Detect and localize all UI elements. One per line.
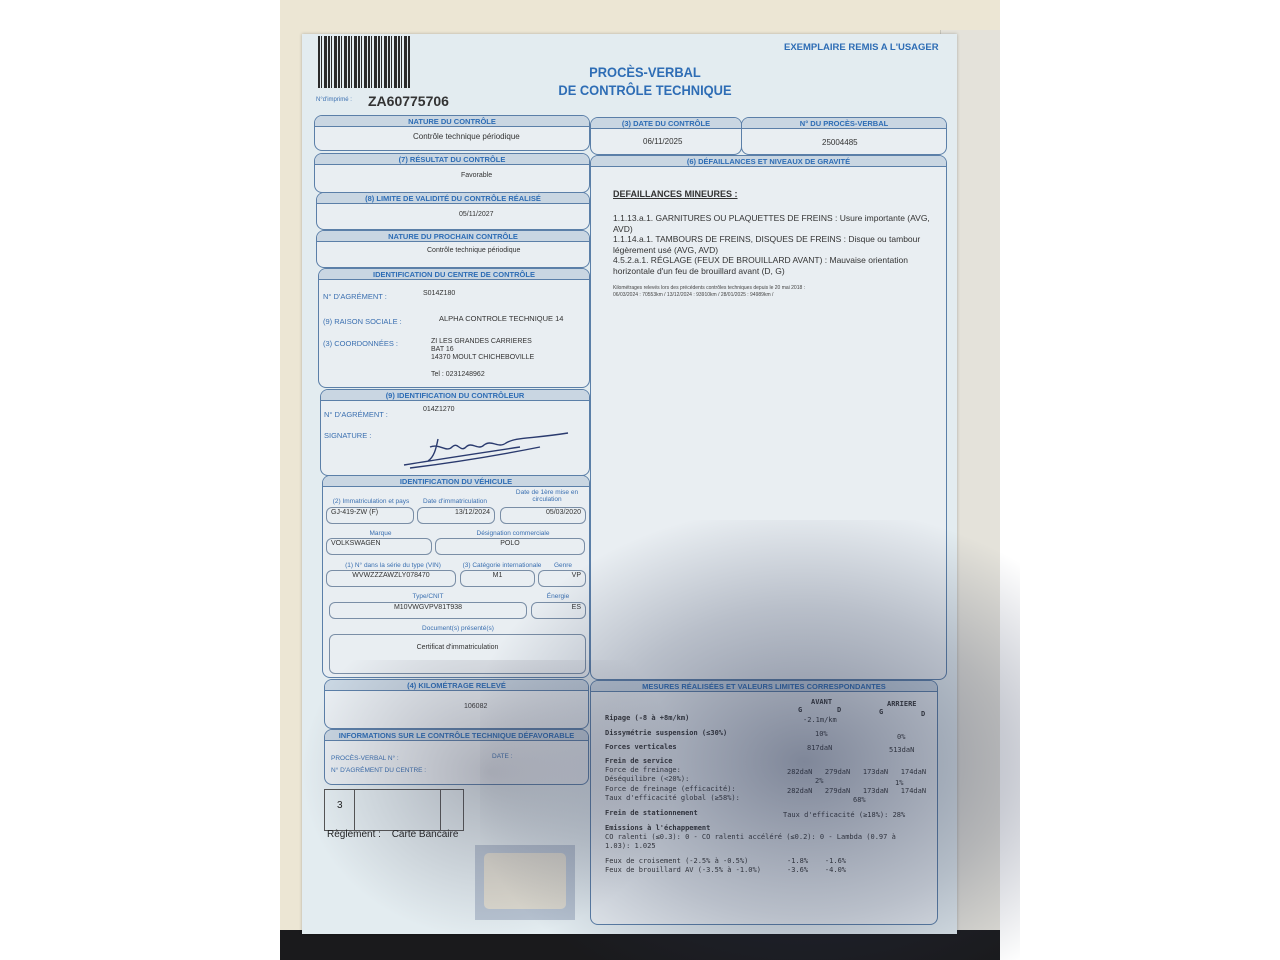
forces-label: Forces verticales	[605, 743, 677, 751]
controleur-agrement-label: N° D'AGRÉMENT :	[324, 410, 388, 419]
centre-tel: Tel : 0231248962	[431, 371, 485, 378]
immat-field: GJ-419-ZW (F)	[326, 507, 414, 524]
coordonnees-label: (3) COORDONNÉES :	[323, 339, 398, 348]
date-immat-field: 13/12/2024	[417, 507, 495, 524]
resultat-header: (7) RÉSULTAT DU CONTRÔLE	[315, 154, 589, 165]
frein-service-label: Frein de service	[605, 757, 672, 765]
centre-agrement-value: S014Z180	[423, 290, 455, 297]
dark-surface	[280, 930, 1000, 960]
centre-box: IDENTIFICATION DU CENTRE DE CONTRÔLE N° …	[318, 268, 590, 388]
brouillard-values: -3.6% -4.0%	[787, 866, 846, 874]
reglement: Règlement : Carte Bancaire	[327, 829, 458, 840]
defaillance-item: 1.1.14.a.1. TAMBOURS DE FREINS, DISQUES …	[613, 234, 943, 255]
defaillance-item: 1.1.13.a.1. GARNITURES OU PLAQUETTES DE …	[613, 213, 943, 234]
forces-avant: 817daN	[807, 744, 832, 752]
croisement-values: -1.8% -1.6%	[787, 857, 846, 865]
numero-pv-value: 25004485	[822, 138, 858, 147]
kilometrage-box: (4) KILOMÉTRAGE RELEVÉ 106082	[324, 679, 589, 729]
mesures-header: MESURES RÉALISÉES ET VALEURS LIMITES COR…	[591, 681, 937, 692]
taux-global-value: 68%	[853, 796, 866, 804]
designation-field: POLO	[435, 538, 585, 555]
premiere-mise-label: Date de 1ère mise en circulation	[507, 489, 587, 503]
raison-sociale-label: (9) RAISON SOCIALE :	[323, 317, 402, 326]
resultat-box: (7) RÉSULTAT DU CONTRÔLE Favorable	[314, 153, 590, 193]
validite-box: (8) LIMITE DE VALIDITÉ DU CONTRÔLE RÉALI…	[316, 192, 590, 230]
marque-label: Marque	[353, 530, 408, 537]
force-freinage-values: 282daN 279daN 173daN 174daN	[787, 768, 926, 776]
dissymetrie-avant: 10%	[815, 730, 828, 738]
desequilibre-avant: 2%	[815, 777, 823, 785]
premiere-mise-field: 05/03/2020	[500, 507, 586, 524]
kilometrage-history: Kilométrages relevés lors des précédents…	[613, 285, 943, 299]
arriere-header: ARRIERE	[887, 700, 917, 708]
kilometrage-value: 106082	[464, 703, 487, 710]
reglement-value: Carte Bancaire	[392, 829, 459, 840]
vehicule-header: IDENTIFICATION DU VÉHICULE	[323, 476, 589, 487]
km-history-line-2: 06/03/2024 : 70553km / 13/12/2024 : 9391…	[613, 292, 943, 299]
centre-agrement-label: N° D'AGRÉMENT :	[323, 292, 387, 301]
centre-header: IDENTIFICATION DU CENTRE DE CONTRÔLE	[319, 269, 589, 280]
designation-label: Désignation commerciale	[463, 530, 563, 537]
dissymetrie-arriere: 0%	[897, 733, 905, 741]
dissymetrie-label: Dissymétrie suspension (≤30%)	[605, 729, 727, 737]
defavorable-box: INFORMATIONS SUR LE CONTRÔLE TECHNIQUE D…	[324, 729, 589, 785]
date-controle-box: (3) DATE DU CONTRÔLE 06/11/2025	[590, 117, 742, 155]
avant-g: G	[798, 706, 802, 714]
genre-label: Genre	[543, 562, 583, 569]
defaillances-list: 1.1.13.a.1. GARNITURES OU PLAQUETTES DE …	[613, 213, 943, 276]
force-freinage-label: Force de freinage:	[605, 766, 681, 774]
defavorable-header: INFORMATIONS SUR LE CONTRÔLE TECHNIQUE D…	[325, 730, 588, 741]
validite-value: 05/11/2027	[459, 211, 494, 218]
defavorable-agrement-label: N° D'AGRÉMENT DU CENTRE :	[331, 767, 426, 774]
force-efficacite-values: 282daN 279daN 173daN 174daN	[787, 787, 926, 795]
date-controle-value: 06/11/2025	[643, 137, 682, 146]
vin-label: (1) N° dans la série du type (VIN)	[329, 562, 457, 569]
energie-field: ES	[531, 602, 586, 619]
payment-table: 3	[324, 789, 464, 831]
desequilibre-label: Déséquilibre (<20%):	[605, 775, 689, 783]
prochain-header: NATURE DU PROCHAIN CONTRÔLE	[317, 231, 589, 242]
imprime-number: ZA60775706	[368, 93, 449, 109]
arriere-g: G	[879, 708, 883, 716]
immat-label: (2) Immatriculation et pays	[325, 498, 417, 505]
nature-controle-header: NATURE DU CONTRÔLE	[315, 116, 589, 127]
payment-cell	[355, 790, 441, 830]
categorie-field: M1	[460, 570, 535, 587]
signature-scribble	[400, 425, 570, 470]
defaillances-box: (6) DÉFAILLANCES ET NIVEAUX DE GRAVITÉ D…	[590, 155, 947, 680]
stationnement-value: Taux d'efficacité (≥18%): 28%	[783, 811, 905, 819]
address-line-2: BAT 16	[431, 346, 534, 354]
address-line-1: ZI LES GRANDES CARRIERES	[431, 338, 534, 346]
categorie-label: (3) Catégorie internationale	[461, 562, 543, 569]
raison-sociale-value: ALPHA CONTROLE TECHNIQUE 14	[439, 314, 563, 323]
avant-d: D	[837, 706, 841, 714]
nature-controle-value: Contrôle technique périodique	[413, 132, 520, 141]
stamp-window	[475, 845, 575, 920]
km-history-line-1: Kilométrages relevés lors des précédents…	[613, 285, 943, 292]
mesures-box: MESURES RÉALISÉES ET VALEURS LIMITES COR…	[590, 680, 938, 925]
prochain-box: NATURE DU PROCHAIN CONTRÔLE Contrôle tec…	[316, 230, 590, 268]
energie-label: Énergie	[538, 593, 578, 600]
vin-field: WVWZZZAWZLY078470	[326, 570, 456, 587]
avant-header: AVANT	[811, 698, 832, 706]
payment-row-number: 3	[337, 800, 343, 811]
documents-field: Certificat d'immatriculation	[329, 634, 586, 674]
stamp-inner	[484, 853, 566, 909]
document-title: PROCÈS-VERBAL DE CONTRÔLE TECHNIQUE	[548, 63, 741, 99]
date-immat-label: Date d'immatriculation	[417, 498, 493, 505]
force-efficacite-label: Force de freinage (efficacité):	[605, 785, 736, 793]
forces-arriere: 513daN	[889, 746, 914, 754]
validite-header: (8) LIMITE DE VALIDITÉ DU CONTRÔLE RÉALI…	[317, 193, 589, 204]
numero-pv-box: N° DU PROCÈS-VERBAL 25004485	[741, 117, 947, 155]
copy-label: EXEMPLAIRE REMIS A L'USAGER	[784, 42, 939, 53]
ripage-label: Ripage (-8 à +8m/km)	[605, 714, 689, 722]
defavorable-pv-label: PROCÈS-VERBAL N° :	[331, 755, 399, 762]
emissions-line-2: 1.03): 1.025	[605, 842, 656, 850]
genre-field: VP	[538, 570, 586, 587]
vehicule-box: IDENTIFICATION DU VÉHICULE (2) Immatricu…	[322, 475, 590, 678]
emissions-label: Emissions à l'échappement	[605, 824, 710, 832]
signature-label: SIGNATURE :	[324, 431, 371, 440]
stationnement-label: Frein de stationnement	[605, 809, 698, 817]
kilometrage-header: (4) KILOMÉTRAGE RELEVÉ	[325, 680, 588, 691]
desequilibre-arriere: 1%	[895, 779, 903, 787]
type-cnit-field: M10VWGVPV81T938	[329, 602, 527, 619]
documents-label: Document(s) présenté(s)	[403, 625, 513, 632]
arriere-d: D	[921, 710, 925, 718]
taux-global-label: Taux d'efficacité global (≥58%):	[605, 794, 740, 802]
title-line-1: PROCÈS-VERBAL	[548, 63, 741, 81]
type-cnit-label: Type/CNIT	[393, 593, 463, 600]
nature-controle-box: NATURE DU CONTRÔLE Contrôle technique pé…	[314, 115, 590, 151]
address-line-3: 14370 MOULT CHICHEBOVILLE	[431, 354, 534, 362]
controleur-header: (9) IDENTIFICATION DU CONTRÔLEUR	[321, 390, 589, 401]
defaillances-header: (6) DÉFAILLANCES ET NIVEAUX DE GRAVITÉ	[591, 156, 946, 167]
prochain-value: Contrôle technique périodique	[427, 247, 520, 254]
controleur-agrement-value: 014Z1270	[423, 406, 455, 413]
barcode	[318, 36, 410, 88]
date-controle-header: (3) DATE DU CONTRÔLE	[591, 118, 741, 129]
reglement-label: Règlement :	[327, 829, 381, 840]
title-line-2: DE CONTRÔLE TECHNIQUE	[548, 81, 741, 99]
marque-field: VOLKSWAGEN	[326, 538, 432, 555]
numero-pv-header: N° DU PROCÈS-VERBAL	[742, 118, 946, 129]
emissions-line-1: CO ralenti (≤0.3): 0 - CO ralenti accélé…	[605, 833, 896, 841]
defaillances-mineures-title: DEFAILLANCES MINEURES :	[613, 189, 738, 199]
defaillance-item: 4.5.2.a.1. RÉGLAGE (FEUX DE BROUILLARD A…	[613, 255, 943, 276]
ripage-avant: -2.1m/km	[803, 716, 837, 724]
centre-address: ZI LES GRANDES CARRIERES BAT 16 14370 MO…	[431, 338, 534, 362]
defavorable-date-label: DATE :	[492, 753, 512, 760]
imprime-label: N°d'imprimé :	[316, 97, 352, 103]
resultat-value: Favorable	[461, 172, 492, 179]
brouillard-label: Feux de brouillard AV (-3.5% à -1.0%)	[605, 866, 761, 874]
croisement-label: Feux de croisement (-2.5% à -0.5%)	[605, 857, 748, 865]
